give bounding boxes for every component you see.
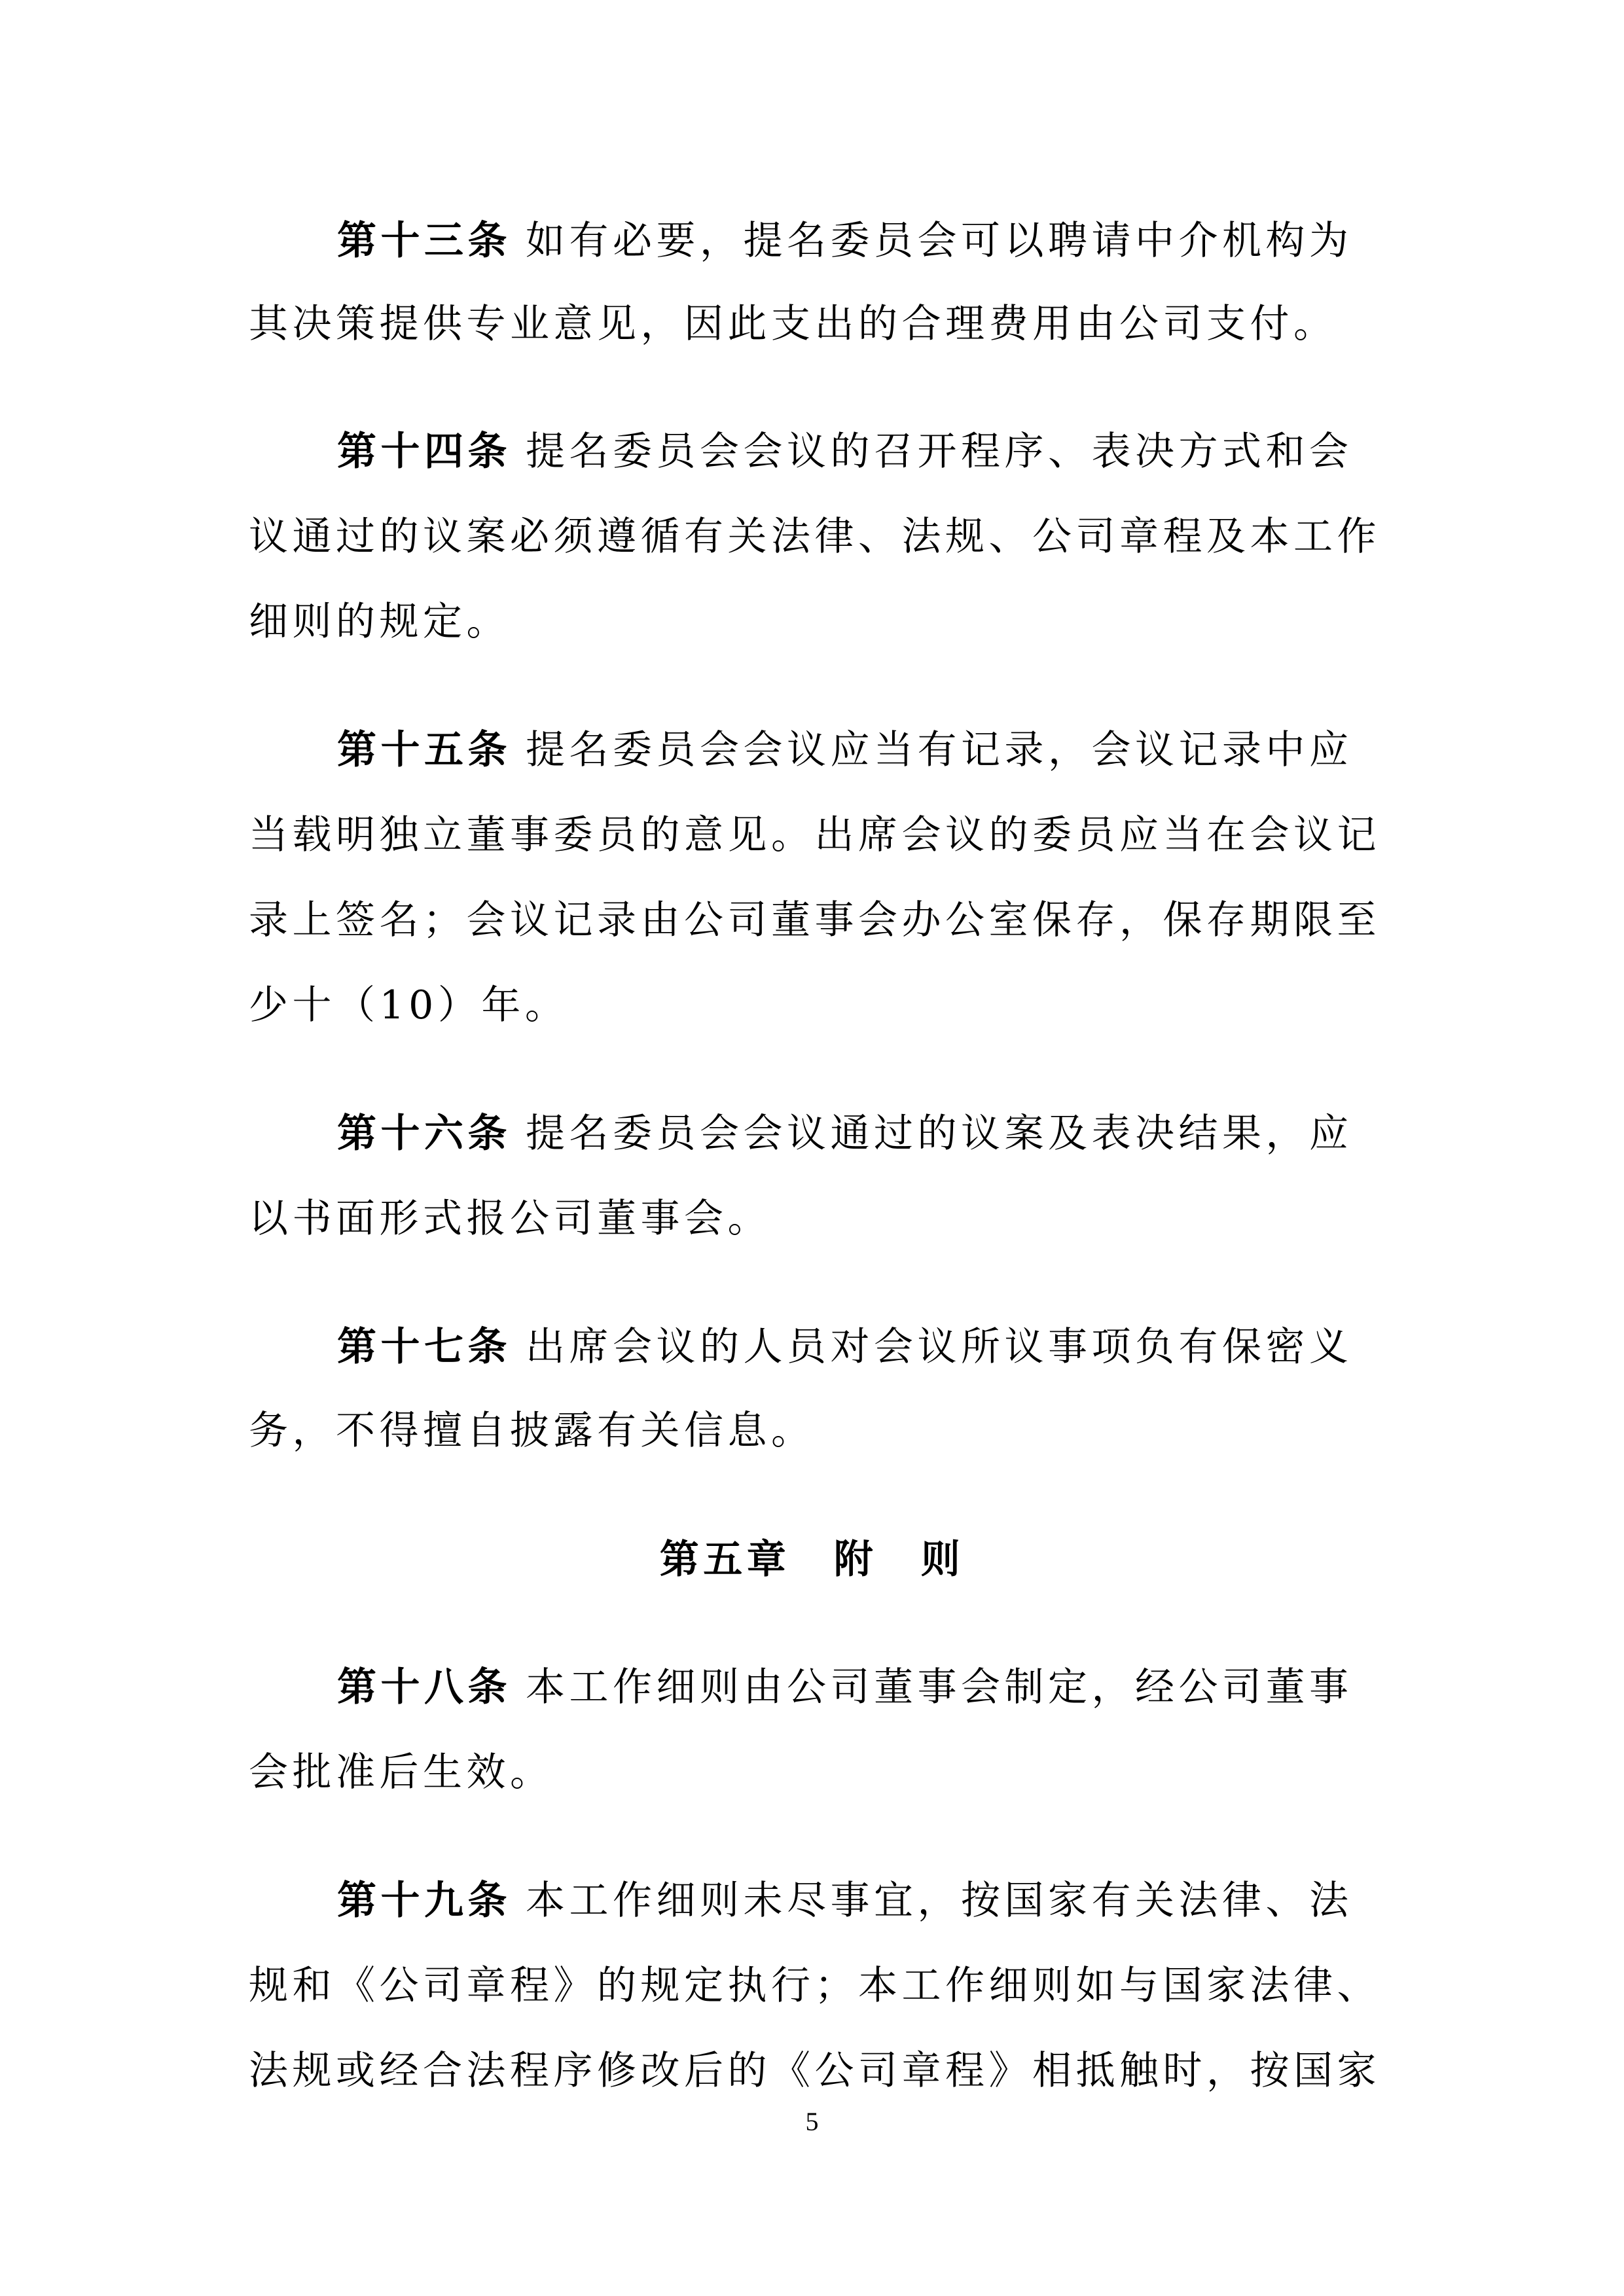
chapter-heading: 第五章 附 则 (0, 1530, 1624, 1589)
article-text: 少十（10）年。 (249, 982, 568, 1028)
article-text: 务，不得擅自披露有关信息。 (249, 1408, 815, 1454)
article-15-line-3: 录上签名；会议记录由公司董事会办公室保存，保存期限至 (249, 891, 1401, 950)
article-text: 其决策提供专业意见，因此支出的合理费用由公司支付。 (249, 301, 1337, 347)
page-number: 5 (0, 2106, 1624, 2138)
article-15-line-1: 第十五条提名委员会会议应当有记录，会议记录中应 (337, 721, 1489, 780)
article-14-line-2: 议通过的议案必须遵循有关法律、法规、公司章程及本工作 (249, 507, 1401, 566)
article-text: 议通过的议案必须遵循有关法律、法规、公司章程及本工作 (249, 514, 1380, 560)
article-text: 会批准后生效。 (249, 1749, 554, 1795)
article-text: 本工作细则未尽事宜，按国家有关法律、法 (526, 1878, 1353, 1924)
article-text: 以书面形式报公司董事会。 (249, 1196, 771, 1242)
article-text: 提名委员会会议通过的议案及表决结果，应 (526, 1111, 1353, 1157)
article-18-line-1: 第十八条本工作细则由公司董事会制定，经公司董事 (337, 1658, 1489, 1717)
article-label: 第十九条 (337, 1878, 511, 1924)
article-text: 细则的规定。 (249, 599, 510, 645)
article-17-line-1: 第十七条出席会议的人员对会议所议事项负有保密义 (337, 1318, 1489, 1376)
article-16-line-1: 第十六条提名委员会会议通过的议案及表决结果，应 (337, 1104, 1489, 1163)
article-label: 第十七条 (337, 1324, 511, 1370)
article-label: 第十四条 (337, 429, 511, 475)
article-label: 第十五条 (337, 727, 511, 773)
article-13-line-2: 其决策提供专业意见，因此支出的合理费用由公司支付。 (249, 295, 1401, 353)
article-19-line-2: 规和《公司章程》的规定执行；本工作细则如与国家法律、 (249, 1956, 1401, 2015)
article-13-line-1: 第十三条如有必要，提名委员会可以聘请中介机构为 (337, 211, 1489, 270)
article-text: 提名委员会会议应当有记录，会议记录中应 (526, 727, 1353, 773)
article-15-line-4: 少十（10）年。 (249, 976, 1401, 1035)
article-text: 出席会议的人员对会议所议事项负有保密义 (526, 1324, 1353, 1370)
article-text: 提名委员会会议的召开程序、表决方式和会 (526, 429, 1353, 475)
article-label: 第十三条 (337, 218, 511, 264)
article-text: 当载明独立董事委员的意见。出席会议的委员应当在会议记 (249, 812, 1380, 858)
article-17-line-2: 务，不得擅自披露有关信息。 (249, 1401, 1401, 1460)
document-page: 第十三条如有必要，提名委员会可以聘请中介机构为 其决策提供专业意见，因此支出的合… (0, 0, 1624, 2296)
article-19-line-1: 第十九条本工作细则未尽事宜，按国家有关法律、法 (337, 1871, 1489, 1930)
article-label: 第十六条 (337, 1111, 511, 1157)
article-16-line-2: 以书面形式报公司董事会。 (249, 1189, 1401, 1248)
article-text: 本工作细则由公司董事会制定，经公司董事 (526, 1664, 1353, 1710)
article-18-line-2: 会批准后生效。 (249, 1743, 1401, 1802)
article-label: 第十八条 (337, 1664, 511, 1710)
article-15-line-2: 当载明独立董事委员的意见。出席会议的委员应当在会议记 (249, 806, 1401, 865)
article-text: 录上签名；会议记录由公司董事会办公室保存，保存期限至 (249, 897, 1380, 943)
article-text: 如有必要，提名委员会可以聘请中介机构为 (526, 218, 1353, 264)
article-text: 法规或经合法程序修改后的《公司章程》相抵触时，按国家 (249, 2048, 1380, 2094)
article-14-line-1: 第十四条提名委员会会议的召开程序、表决方式和会 (337, 422, 1489, 481)
article-19-line-3: 法规或经合法程序修改后的《公司章程》相抵触时，按国家 (249, 2041, 1401, 2100)
article-text: 规和《公司章程》的规定执行；本工作细则如与国家法律、 (249, 1963, 1380, 2009)
article-14-line-3: 细则的规定。 (249, 592, 1401, 651)
